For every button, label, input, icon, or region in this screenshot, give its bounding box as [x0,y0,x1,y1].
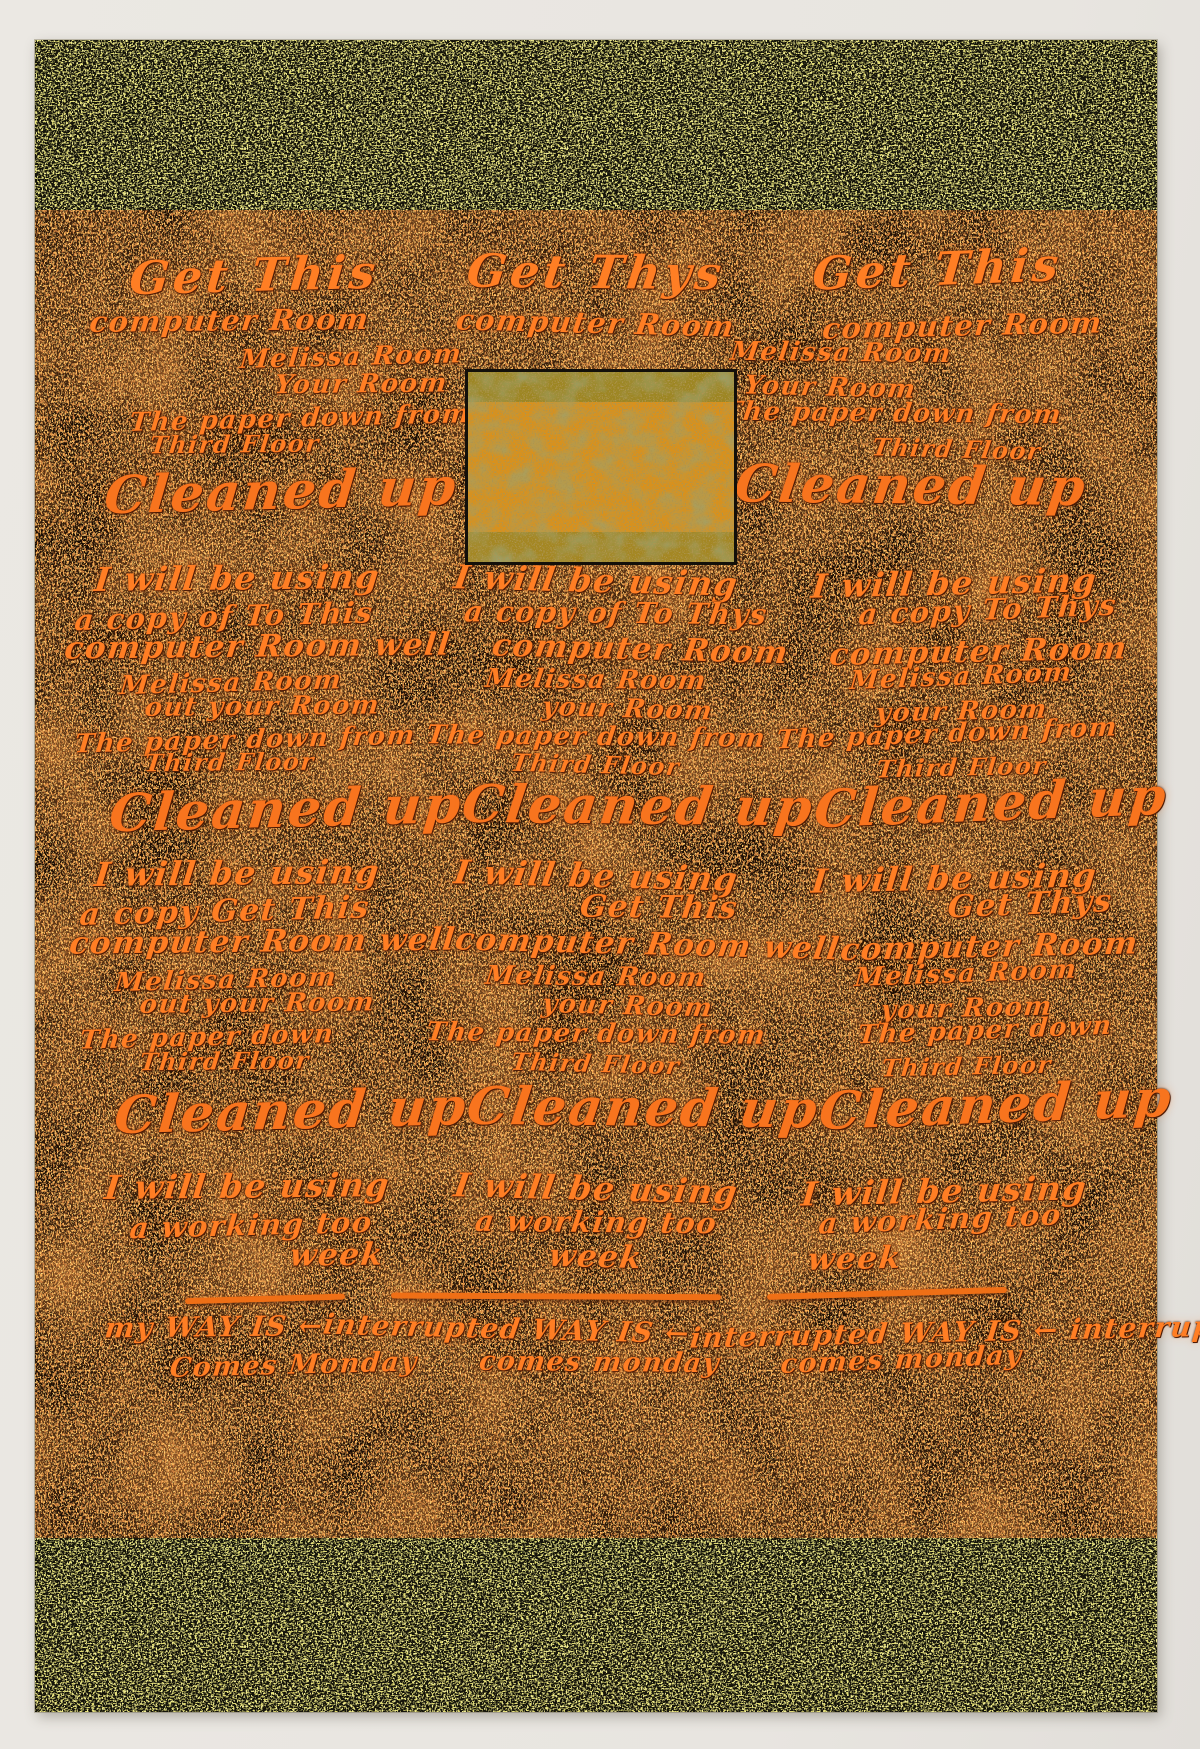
script-phrase: Comes Monday [168,1346,419,1384]
script-phrase: I will be using [103,1165,393,1207]
script-phrase: interrupted WAY IS ← [321,1308,692,1351]
script-phrase: a copy of To Thys [462,594,770,631]
script-phrase: Third Floor [148,429,321,460]
script-line-14: Cleaned upCleaned upCleaned up [35,771,1157,842]
script-phrase: a working too [818,1197,1064,1240]
gold-panel [465,369,737,565]
script-phrase: Melissa Room [483,664,709,696]
paper-margin: Get ThisGet ThysGet Thiscomputer Roomcom… [0,0,1200,1749]
script-phrase: a copy To Thys [858,588,1119,632]
script-phrase: Cleaned up [459,774,819,839]
script-phrase: I will be using [93,852,383,894]
script-phrase: Third Floor [143,747,316,778]
script-line-25: weekweekweek [35,1235,1157,1279]
script-phrase: week [288,1237,386,1274]
underline-stroke [391,1292,721,1300]
script-phrase: Get This [810,237,1064,301]
script-phrase: out your Room [143,690,382,722]
script-phrase: Cleaned up [817,1068,1176,1143]
script-phrase: Third Floor [509,1047,682,1080]
script-phrase: Melissa Room [728,337,954,369]
script-layer: Get ThisGet ThysGet Thiscomputer Roomcom… [35,40,1157,1712]
script-phrase: Get Thys [464,244,729,301]
script-phrase: Cleaned up [731,453,1091,518]
script-phrase: computer Room well [63,627,453,667]
script-phrase: Melissa Room [483,961,709,993]
script-phrase: Get This [127,245,382,306]
script-phrase: The paper down from [424,1017,768,1051]
script-phrase: Cleaned up [102,456,461,526]
script-line-0: Get ThisGet ThysGet This [35,240,1157,304]
script-phrase: Get Thys [946,883,1114,925]
script-phrase: my WAY IS ← [103,1309,326,1344]
script-phrase: comes monday [779,1340,1023,1380]
underline-stroke [185,1294,345,1305]
script-line-22: Cleaned upCleaned upCleaned up [35,1073,1157,1144]
script-phrase: The paper down [856,1011,1113,1051]
artwork: Get ThisGet ThysGet Thiscomputer Roomcom… [35,40,1157,1712]
script-phrase: comes monday [477,1346,722,1380]
script-phrase: Cleaned up [464,1076,824,1141]
script-phrase: out your Room [138,987,377,1019]
script-phrase: Your Room [273,368,449,400]
script-line-28: Comes Mondaycomes mondaycomes monday [35,1342,1157,1383]
script-phrase: Third Floor [138,1046,311,1077]
script-phrase: computer Room [454,302,738,343]
script-phrase: computer Room well [68,922,458,962]
script-phrase: The paper down from [720,397,1064,431]
script-phrase: week [547,1238,646,1276]
script-phrase: I will be using [93,557,383,599]
gold-panel-texture [468,372,734,562]
underline-stroke [767,1287,1007,1300]
script-phrase: a working too [473,1204,720,1241]
script-phrase: Cleaned up [812,766,1171,841]
script-phrase: computer Room [88,302,372,339]
script-phrase: Cleaned up [112,1076,471,1146]
script-phrase: Cleaned up [107,774,466,844]
script-phrase: Get This [577,889,740,927]
script-phrase: Melissa Room [853,955,1078,994]
script-line-26 [35,1288,1157,1304]
script-phrase: week [806,1240,904,1278]
script-phrase: Melissa Room [848,658,1073,697]
